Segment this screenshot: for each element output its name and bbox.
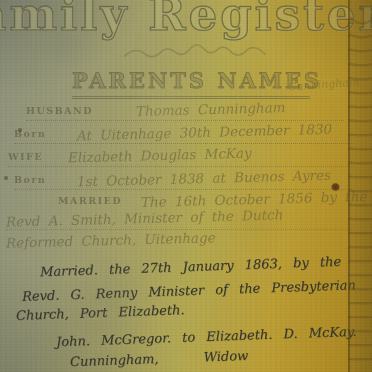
final-line-surname: Cunningham, [70,352,159,370]
married-continuation-handwriting-1: Revd A. Smith, Minister of the Dutch [6,207,284,230]
ink-entry-line-4: John. McGregor. to Elizabeth. D. McKay. [56,325,357,350]
husband-entry-handwriting: Thomas Cunningham [136,100,286,120]
register-row-wife: WIFE Elizabeth Douglas McKay [8,145,354,167]
register-row-wife-born: Born 1st October 1838 at Buenos Ayres [14,168,354,190]
married-continuation-line-2: Reformed Church, Uitenhage [6,230,306,251]
family-register-document-photo: Family Register. PARENTS NAMES Cunningha… [0,0,372,372]
section-heading-underline: PARENTS NAMES [72,68,310,99]
wife-label: WIFE [8,152,43,163]
paper-speck [4,176,8,180]
ink-stain-spot [331,183,340,191]
section-heading: PARENTS NAMES [72,68,322,93]
register-row-husband: HUSBAND Thomas Cunningham [26,99,344,121]
married-continuation-handwriting-2: Reformed Church, Uitenhage [6,230,216,251]
register-row-husband-born: Born At Uitenhage 30th December 1830 [14,122,354,144]
wife-entry-handwriting: Elizabeth Douglas McKay [68,146,252,167]
ink-entry-line-1: Married. the 27th January 1863, by the [40,255,342,281]
ink-entry-line-3: Church, Port Elizabeth. [16,303,185,324]
married-continuation-line-1: Revd A. Smith, Minister of the Dutch [6,208,354,230]
husband-born-entry-handwriting: At Uitenhage 30th December 1830 [77,122,333,145]
register-row-married: MARRIED The 16th October 1856 by the [58,189,354,210]
ink-entry-final-line: Cunningham, Widow [70,349,249,370]
wife-born-entry-handwriting: 1st October 1838 at Buenos Ayres [77,168,331,191]
page-title: Family Register. [0,0,372,41]
born-label-2: Born [14,175,46,186]
flourish-ornament [120,44,270,64]
married-label: MARRIED [58,196,122,207]
ink-entry-line-2: Revd. G. Renny Minister of the Presbyter… [22,278,356,305]
final-line-status: Widow [203,349,248,366]
page-edge-ornament-border [348,0,372,372]
paper-speck [18,128,22,132]
husband-label: HUSBAND [26,106,93,117]
